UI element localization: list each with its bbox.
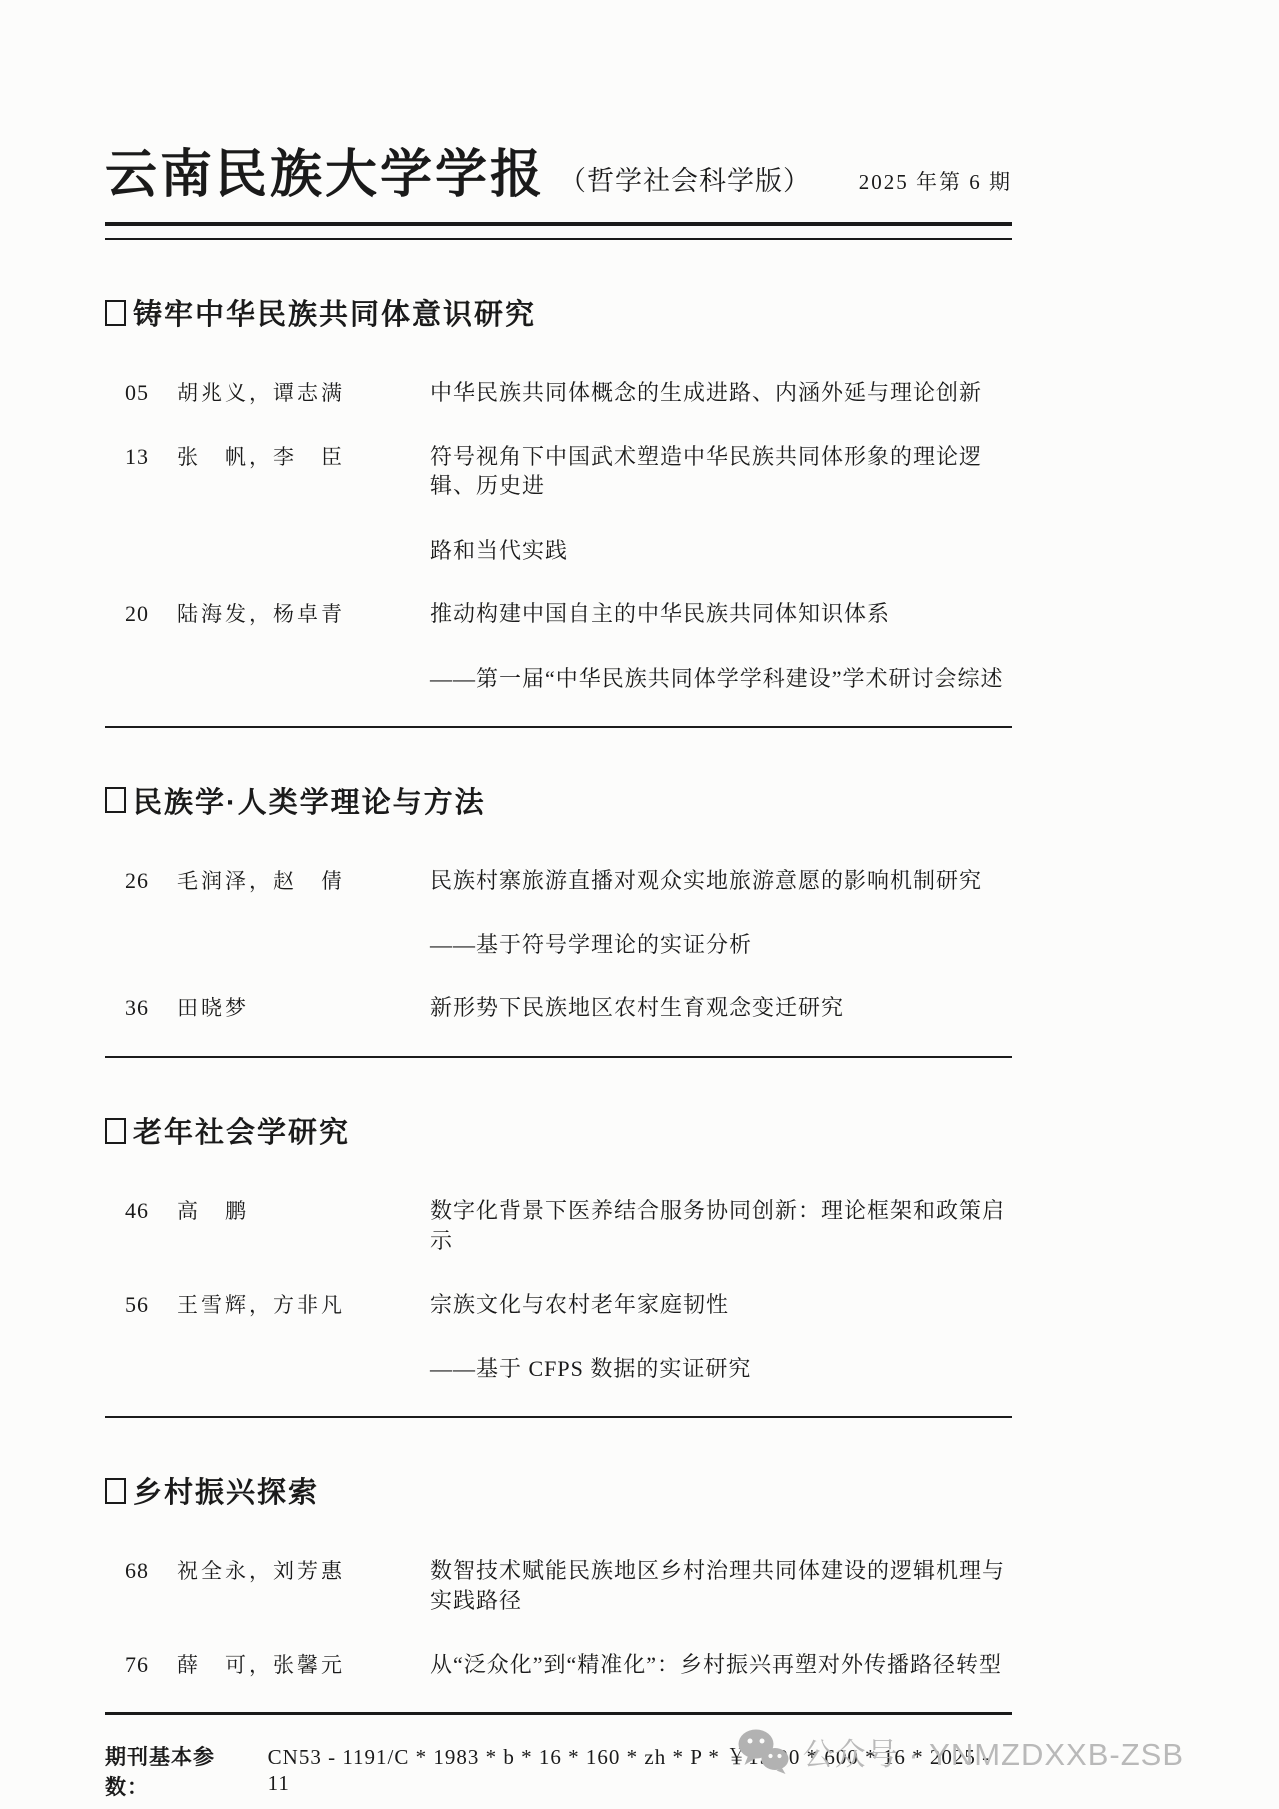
page-number: 76	[125, 1652, 177, 1678]
section-marker-icon	[105, 1118, 126, 1144]
watermark-text: 公众号 · YNMZDXXB-ZSB	[803, 1729, 1184, 1774]
page-number: 20	[125, 601, 177, 627]
section-heading-laonian: 老年社会学研究	[105, 1110, 1012, 1151]
journal-toc-page: 云南民族大学学报 （哲学社会科学版） 2025 年第 6 期 铸牢中华民族共同体…	[0, 0, 1279, 1809]
toc-entry: 20 陆海发，杨卓青 推动构建中国自主的中华民族共同体知识体系	[105, 598, 1012, 629]
section-divider	[105, 1056, 1012, 1058]
page-number: 05	[125, 380, 177, 406]
article-title: 中华民族共同体概念的生成进路、内涵外延与理论创新	[430, 378, 1012, 408]
section-heading-zhulao: 铸牢中华民族共同体意识研究	[105, 292, 1012, 333]
footer-rule	[105, 1712, 1012, 1715]
wechat-icon	[737, 1728, 791, 1774]
section-divider	[105, 1416, 1012, 1418]
article-authors: 高 鹏	[177, 1195, 430, 1225]
article-title-continuation: 路和当代实践	[430, 534, 1012, 565]
article-title: 推动构建中国自主的中华民族共同体知识体系	[430, 599, 1012, 629]
page-number: 36	[125, 995, 177, 1021]
section-heading-xiangcun: 乡村振兴探索	[105, 1470, 1012, 1511]
article-subtitle: ——第一届“中华民族共同体学学科建设”学术研讨会综述	[430, 662, 1012, 693]
wechat-watermark: 公众号 · YNMZDXXB-ZSB	[737, 1728, 1184, 1774]
section-marker-icon	[105, 787, 126, 813]
article-authors: 陆海发，杨卓青	[177, 598, 430, 628]
toc-entry: 68 祝全永，刘芳惠 数智技术赋能民族地区乡村治理共同体建设的逻辑机理与实践路径	[105, 1555, 1012, 1615]
article-title: 从“泛众化”到“精准化”：乡村振兴再塑对外传播路径转型	[430, 1650, 1012, 1680]
section-heading-label: 民族学·人类学理论与方法	[133, 780, 486, 821]
article-subtitle: ——基于 CFPS 数据的实证研究	[430, 1352, 1012, 1383]
journal-title: 云南民族大学学报	[105, 150, 545, 202]
article-authors: 田晓梦	[177, 992, 430, 1022]
article-authors: 薛 可，张馨元	[177, 1649, 430, 1679]
section-heading-label: 老年社会学研究	[133, 1110, 350, 1151]
page-number: 13	[125, 444, 177, 470]
content-column: 云南民族大学学报 （哲学社会科学版） 2025 年第 6 期 铸牢中华民族共同体…	[105, 150, 1012, 1801]
toc-entry: 26 毛润泽，赵 倩 民族村寨旅游直播对观众实地旅游意愿的影响机制研究	[105, 865, 1012, 896]
section-heading-label: 铸牢中华民族共同体意识研究	[133, 292, 536, 333]
page-number: 46	[125, 1198, 177, 1224]
article-authors: 祝全永，刘芳惠	[177, 1555, 430, 1585]
toc-entry: 76 薛 可，张馨元 从“泛众化”到“精准化”：乡村振兴再塑对外传播路径转型	[105, 1649, 1012, 1680]
page-number: 26	[125, 868, 177, 894]
section-marker-icon	[105, 1478, 126, 1504]
article-authors: 张 帆，李 臣	[177, 441, 430, 471]
toc-entry: 05 胡兆义，谭志满 中华民族共同体概念的生成进路、内涵外延与理论创新	[105, 377, 1012, 408]
page-number: 56	[125, 1292, 177, 1318]
journal-edition: （哲学社会科学版）	[559, 159, 811, 202]
params-label: 期刊基本参数：	[105, 1741, 258, 1801]
toc-entry: 56 王雪辉，方非凡 宗族文化与农村老年家庭韧性	[105, 1289, 1012, 1320]
article-title: 数智技术赋能民族地区乡村治理共同体建设的逻辑机理与实践路径	[430, 1556, 1012, 1615]
section-divider	[105, 726, 1012, 728]
toc-entry: 13 张 帆，李 臣 符号视角下中国武术塑造中华民族共同体形象的理论逻辑、历史进	[105, 441, 1012, 501]
article-subtitle: ——基于符号学理论的实证分析	[430, 928, 1012, 959]
section-marker-icon	[105, 300, 126, 326]
section-heading-label: 乡村振兴探索	[133, 1470, 319, 1511]
article-title: 宗族文化与农村老年家庭韧性	[430, 1290, 1012, 1320]
article-title: 符号视角下中国武术塑造中华民族共同体形象的理论逻辑、历史进	[430, 442, 1012, 501]
article-authors: 王雪辉，方非凡	[177, 1289, 430, 1319]
article-authors: 胡兆义，谭志满	[177, 377, 430, 407]
article-title: 新形势下民族地区农村生育观念变迁研究	[430, 993, 1012, 1023]
page-number: 68	[125, 1558, 177, 1584]
header: 云南民族大学学报 （哲学社会科学版） 2025 年第 6 期	[105, 150, 1012, 202]
toc-entry: 46 高 鹏 数字化背景下医养结合服务协同创新：理论框架和政策启示	[105, 1195, 1012, 1255]
issue-label: 2025 年第 6 期	[859, 166, 1012, 202]
section-heading-minzuxue: 民族学·人类学理论与方法	[105, 780, 1012, 821]
header-double-rule	[105, 222, 1012, 240]
toc-entry: 36 田晓梦 新形势下民族地区农村生育观念变迁研究	[105, 992, 1012, 1023]
article-authors: 毛润泽，赵 倩	[177, 865, 430, 895]
article-title: 民族村寨旅游直播对观众实地旅游意愿的影响机制研究	[430, 866, 1012, 896]
article-title: 数字化背景下医养结合服务协同创新：理论框架和政策启示	[430, 1196, 1012, 1255]
